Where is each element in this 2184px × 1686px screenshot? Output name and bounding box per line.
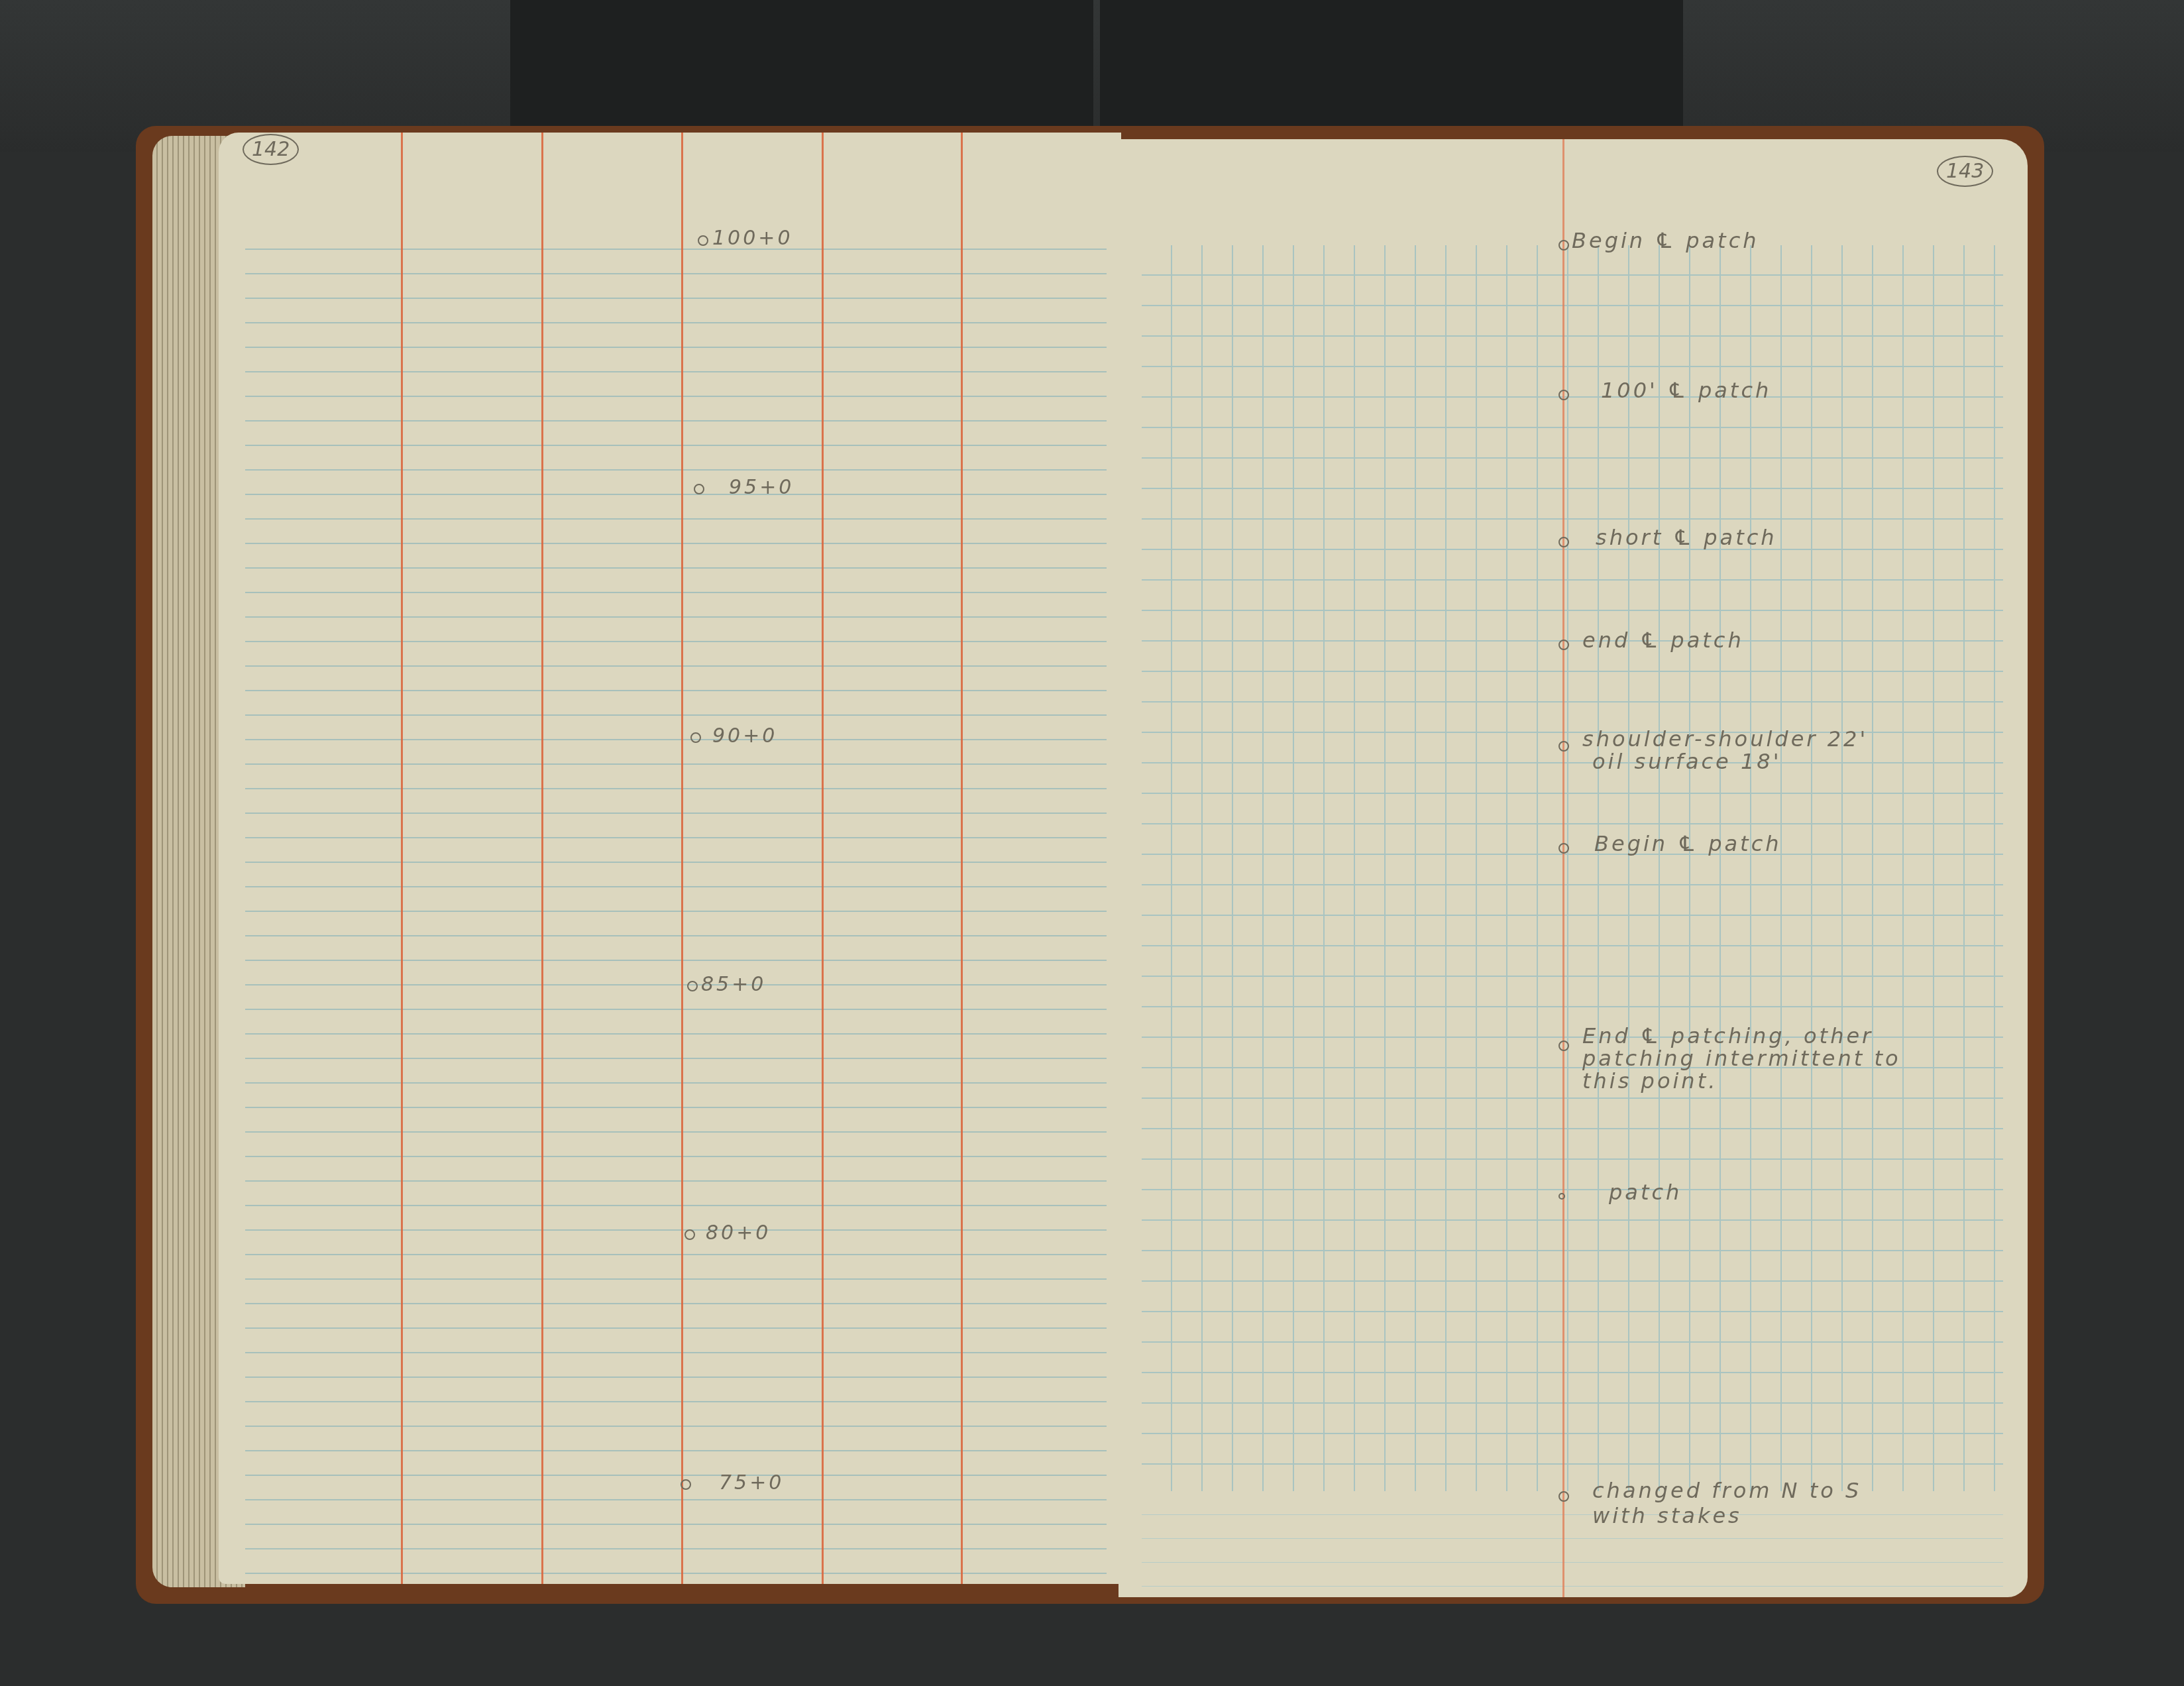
right-page: 143 Begin ℄ patch 100' ℄ patch short ℄ p… — [1119, 139, 2028, 1597]
red-column-rule — [541, 133, 543, 1584]
note-text: patch — [1609, 1181, 1682, 1204]
station-label: 100+0 — [712, 227, 792, 250]
station-label: 80+0 — [706, 1221, 771, 1245]
grid-lines — [1142, 245, 2003, 1491]
note-dot — [1558, 640, 1569, 650]
note-text: End ℄ patching, other — [1582, 1025, 1873, 1047]
station-dot — [690, 732, 701, 743]
note-text: Begin ℄ patch — [1594, 832, 1782, 855]
ruled-lines-lower — [1142, 1491, 2003, 1597]
note-dot — [1558, 537, 1569, 547]
station-label: 95+0 — [729, 476, 794, 499]
note-text-line2: patching intermittent to — [1582, 1047, 1901, 1070]
station-dot — [694, 484, 704, 494]
note-dot — [1558, 741, 1569, 752]
background-slot-left — [510, 0, 1093, 133]
background-slot-right — [1100, 0, 1683, 133]
red-margin-rule — [1562, 139, 1564, 1597]
red-column-rule — [822, 133, 824, 1584]
page-number-right: 143 — [1937, 156, 1993, 187]
page-number-left: 142 — [243, 134, 299, 165]
note-dot — [1558, 1491, 1569, 1502]
note-text: shoulder-shoulder 22' — [1582, 728, 1868, 750]
station-dot — [681, 1479, 691, 1490]
note-text: short ℄ patch — [1596, 526, 1777, 549]
note-text: end ℄ patch — [1582, 629, 1744, 651]
note-dot — [1558, 390, 1569, 400]
red-column-rule — [681, 133, 683, 1584]
red-column-rule — [961, 133, 963, 1584]
station-label: 90+0 — [712, 724, 777, 748]
ruled-lines — [245, 225, 1107, 1584]
station-dot — [698, 235, 708, 246]
left-page: 142 100+0 95+0 90+0 85+0 80+0 75+0 — [219, 133, 1121, 1584]
note-text-line2: oil surface 18' — [1592, 750, 1781, 773]
station-label: 75+0 — [719, 1471, 784, 1494]
note-text: changed from N to S — [1592, 1479, 1861, 1502]
note-text: Begin ℄ patch — [1572, 229, 1759, 252]
note-text-line2: with stakes — [1592, 1504, 1742, 1527]
note-dot — [1558, 1040, 1569, 1051]
station-dot — [684, 1229, 695, 1240]
note-text-line3: this point. — [1582, 1070, 1718, 1092]
red-column-rule — [401, 133, 403, 1584]
station-label: 85+0 — [701, 973, 766, 996]
note-text: 100' ℄ patch — [1601, 379, 1771, 402]
station-dot — [687, 981, 698, 991]
note-dot — [1558, 843, 1569, 854]
note-dot — [1558, 240, 1569, 251]
note-dot — [1558, 1193, 1565, 1200]
